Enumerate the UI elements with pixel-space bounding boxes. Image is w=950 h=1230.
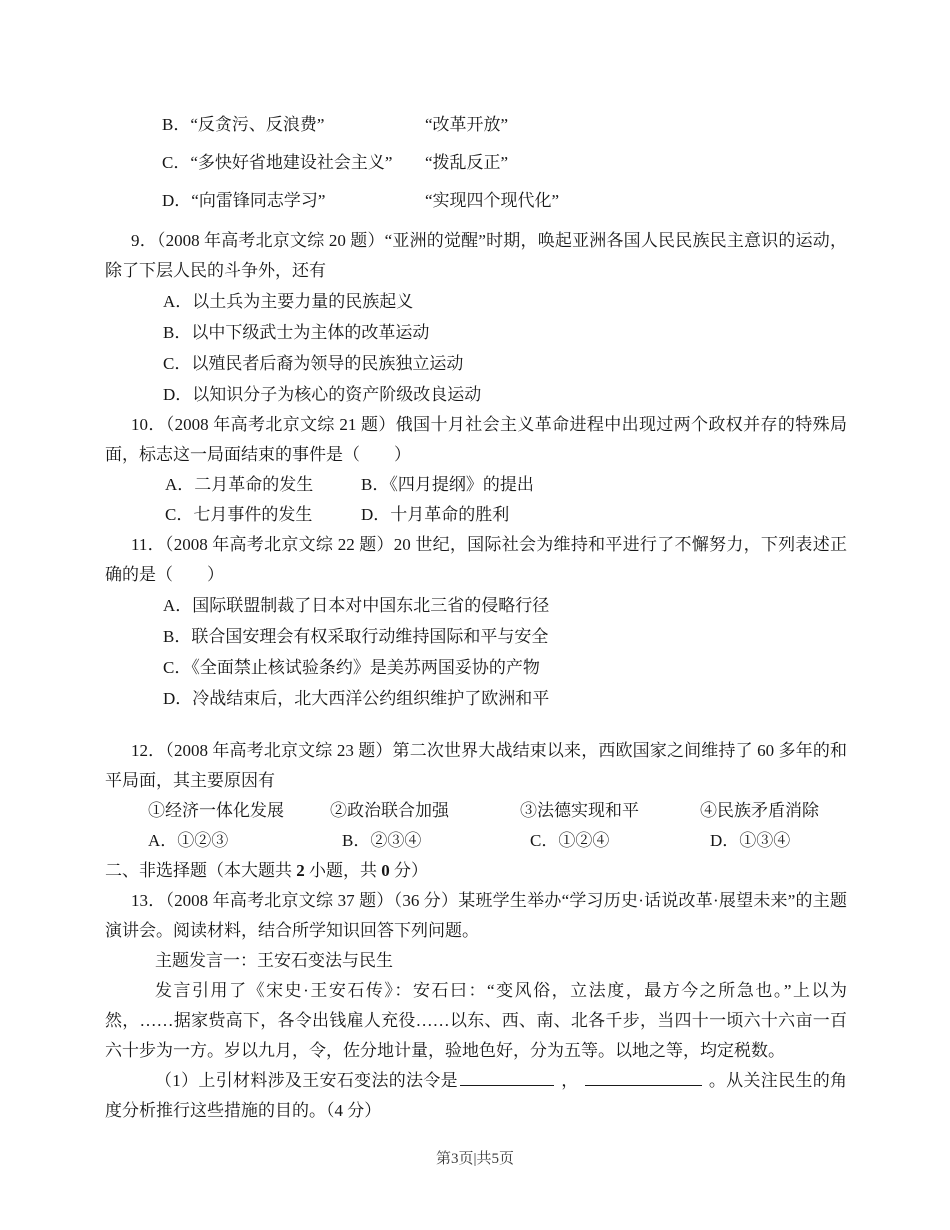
option-right: “实现四个现代化” [425,191,559,210]
option-pair-row: C．“多快好省地建设社会主义”“拨乱反正” [162,144,847,182]
question-11-option-b: B．联合国安理会有权采取行动维持国际和平与安全 [163,621,847,652]
option-right: “改革开放” [425,115,508,134]
question-13-stem: 13．（2008 年高考北京文综 37 题）（36 分）某班学生举办“学习历史·… [105,886,847,946]
question-9: 9．（2008 年高考北京文综 20 题）“亚洲的觉醒”时期，唤起亚洲各国人民民… [105,226,847,410]
option-left: C．“多快好省地建设社会主义” [162,144,425,182]
footer-page-indicator: 第3页|共5页 [0,1148,950,1170]
question-12-option-a: A．①②③ [148,826,342,856]
question-11: 11．（2008 年高考北京文综 22 题）20 世纪，国际社会为维持和平进行了… [105,530,847,714]
question-12-item-1: ①经济一体化发展 [148,796,330,826]
subquestion-1-comma: ， [561,1071,579,1090]
option-pair-row: B．“反贪污、反浪费”“改革开放” [162,106,847,144]
question-12-options-row: A．①②③B．②③④C．①②④D．①③④ [148,826,847,856]
answer-blank-2 [585,1071,702,1086]
question-12-item-4: ④民族矛盾消除 [700,796,819,826]
question-10-stem: 10．（2008 年高考北京文综 21 题）俄国十月社会主义革命进程中出现过两个… [105,410,847,470]
question-10-option-c: C．七月事件的发生 [165,500,361,530]
document-page: B．“反贪污、反浪费”“改革开放” C．“多快好省地建设社会主义”“拨乱反正” … [105,106,847,1126]
answer-blank-1 [460,1071,554,1086]
subquestion-1-text: （1）上引材料涉及王安石变法的法令是 [155,1071,458,1090]
question-10: 10．（2008 年高考北京文综 21 题）俄国十月社会主义革命进程中出现过两个… [105,410,847,530]
question-12-option-b: B．②③④ [342,826,530,856]
section-2-heading-text: 小题，共 [305,861,382,880]
question-9-option-a: A．以土兵为主要力量的民族起义 [163,286,847,317]
section-2-heading-text: 分） [390,861,428,880]
option-left: B．“反贪污、反浪费” [162,106,425,144]
question-11-option-c: C．《全面禁止核试验条约》是美苏两国妥协的产物 [163,652,847,683]
question-13: 13．（2008 年高考北京文综 37 题）（36 分）某班学生举办“学习历史·… [105,886,847,1126]
question-13-material: 发言引用了《宋史·王安石传》：安石曰：“变风俗，立法度，最方今之所急也。”上以为… [105,976,847,1066]
question-10-options-row: A．二月革命的发生B．《四月提纲》的提出 [165,470,847,500]
option-left: D．“向雷锋同志学习” [162,182,425,220]
question8-option-pairs: B．“反贪污、反浪费”“改革开放” C．“多快好省地建设社会主义”“拨乱反正” … [105,106,847,220]
question-9-stem: 9．（2008 年高考北京文综 20 题）“亚洲的觉醒”时期，唤起亚洲各国人民民… [105,226,847,286]
question-13-topic: 主题发言一：王安石变法与民生 [105,946,847,976]
question-9-option-b: B．以中下级武士为主体的改革运动 [163,317,847,348]
question-11-stem: 11．（2008 年高考北京文综 22 题）20 世纪，国际社会为维持和平进行了… [105,530,847,590]
section-2-score: 0 [381,861,390,880]
question-12-option-d: D．①③④ [710,826,790,856]
section-2-question-count: 2 [296,861,305,880]
question-10-option-d: D．十月革命的胜利 [361,505,509,524]
question-12: 12．（2008 年高考北京文综 23 题）第二次世界大战结束以来，西欧国家之间… [105,736,847,856]
question-12-item-2: ②政治联合加强 [330,796,520,826]
question-12-option-c: C．①②④ [530,826,710,856]
option-right: “拨乱反正” [425,153,508,172]
question-9-option-c: C．以殖民者后裔为领导的民族独立运动 [163,348,847,379]
question-10-option-a: A．二月革命的发生 [165,470,361,500]
question-12-item-3: ③法德实现和平 [520,796,700,826]
question-10-option-b: B．《四月提纲》的提出 [361,475,534,494]
question-9-option-d: D．以知识分子为核心的资产阶级改良运动 [163,379,847,410]
question-11-option-d: D．冷战结束后，北大西洋公约组织维护了欧洲和平 [163,683,847,714]
question-10-options-row: C．七月事件的发生D．十月革命的胜利 [165,500,847,530]
option-pair-row: D．“向雷锋同志学习”“实现四个现代化” [162,182,847,220]
question-12-stem: 12．（2008 年高考北京文综 23 题）第二次世界大战结束以来，西欧国家之间… [105,736,847,796]
question-11-option-a: A．国际联盟制裁了日本对中国东北三省的侵略行径 [163,590,847,621]
question-13-subquestion-1: （1）上引材料涉及王安石变法的法令是，。从关注民生的角度分析推行这些措施的目的。… [105,1066,847,1126]
question-12-items: ①经济一体化发展②政治联合加强③法德实现和平④民族矛盾消除 [148,796,847,826]
section-2-heading: 二、非选择题（本大题共 2 小题，共 0 分） [105,856,847,886]
section-2-heading-text: 二、非选择题（本大题共 [105,861,296,880]
